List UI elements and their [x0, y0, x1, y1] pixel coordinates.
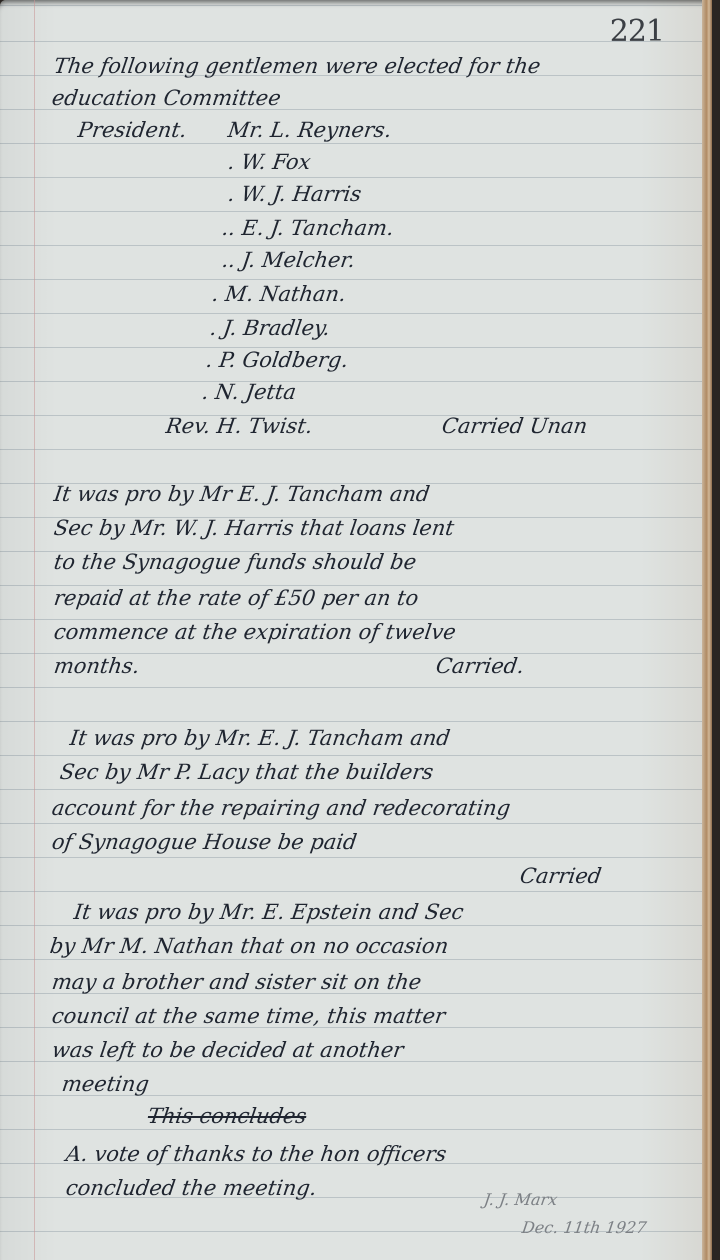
signature-name: J. J. Marx [483, 1192, 559, 1208]
intro-line-2: education Committee [51, 88, 283, 109]
president-label: President. [77, 120, 189, 141]
committee-member: . W. J. Harris [227, 184, 363, 205]
resolution-2-line: It was pro by Mr. E. J. Tancham and [69, 728, 452, 749]
committee-member: . N. Jetta [201, 382, 298, 403]
committee-member: .. E. J. Tancham. [221, 218, 396, 239]
rev-member: Rev. H. Twist. [165, 416, 314, 437]
intro-line-1: The following gentlemen were elected for… [53, 56, 542, 77]
page-edge [702, 0, 712, 1260]
committee-member: . J. Bradley. [209, 318, 332, 339]
resolution-2-line: account for the repairing and redecorati… [51, 798, 512, 819]
committee-member: . W. Fox [227, 152, 312, 173]
ledger-page: 221 The following gentlemen were elected… [0, 0, 712, 1260]
resolution-1-line: Sec by Mr. W. J. Harris that loans lent [53, 518, 456, 539]
committee-member: Mr. L. Reyners. [227, 120, 393, 141]
resolution-1-line: months. [53, 656, 141, 677]
resolution-3-line: It was pro by Mr. E. Epstein and Sec [73, 902, 465, 923]
committee-member: . M. Nathan. [211, 284, 348, 305]
closing-line-1: A. vote of thanks to the hon officers [65, 1144, 448, 1165]
resolution-1-line: to the Synagogue funds should be [53, 552, 418, 573]
resolution-1-result: Carried. [435, 656, 526, 677]
resolution-1-line: commence at the expiration of twelve [53, 622, 458, 643]
resolution-3-line: was left to be decided at another [51, 1040, 405, 1061]
signature-date: Dec. 11th 1927 [521, 1220, 648, 1236]
struck-text: This concludes [147, 1106, 308, 1127]
resolution-3-line: meeting [61, 1074, 151, 1095]
resolution-3-line: council at the same time, this matter [51, 1006, 447, 1027]
resolution-2-result: Carried [519, 866, 603, 887]
closing-line-2: concluded the meeting. [65, 1178, 319, 1199]
page-number: 221 [610, 14, 664, 49]
resolution-3-line: may a brother and sister sit on the [51, 972, 423, 993]
resolution-3-line: by Mr M. Nathan that on no occasion [49, 936, 450, 957]
resolution-2-line: of Synagogue House be paid [51, 832, 359, 853]
margin-line [34, 0, 35, 1260]
resolution-2-line: Sec by Mr P. Lacy that the builders [59, 762, 435, 783]
committee-member: .. J. Melcher. [221, 250, 357, 271]
resolution-1-line: It was pro by Mr E. J. Tancham and [53, 484, 431, 505]
committee-member: . P. Goldberg. [205, 350, 350, 371]
carried-unanimously: Carried Unan [441, 416, 589, 437]
resolution-1-line: repaid at the rate of £50 per an to [53, 588, 420, 609]
